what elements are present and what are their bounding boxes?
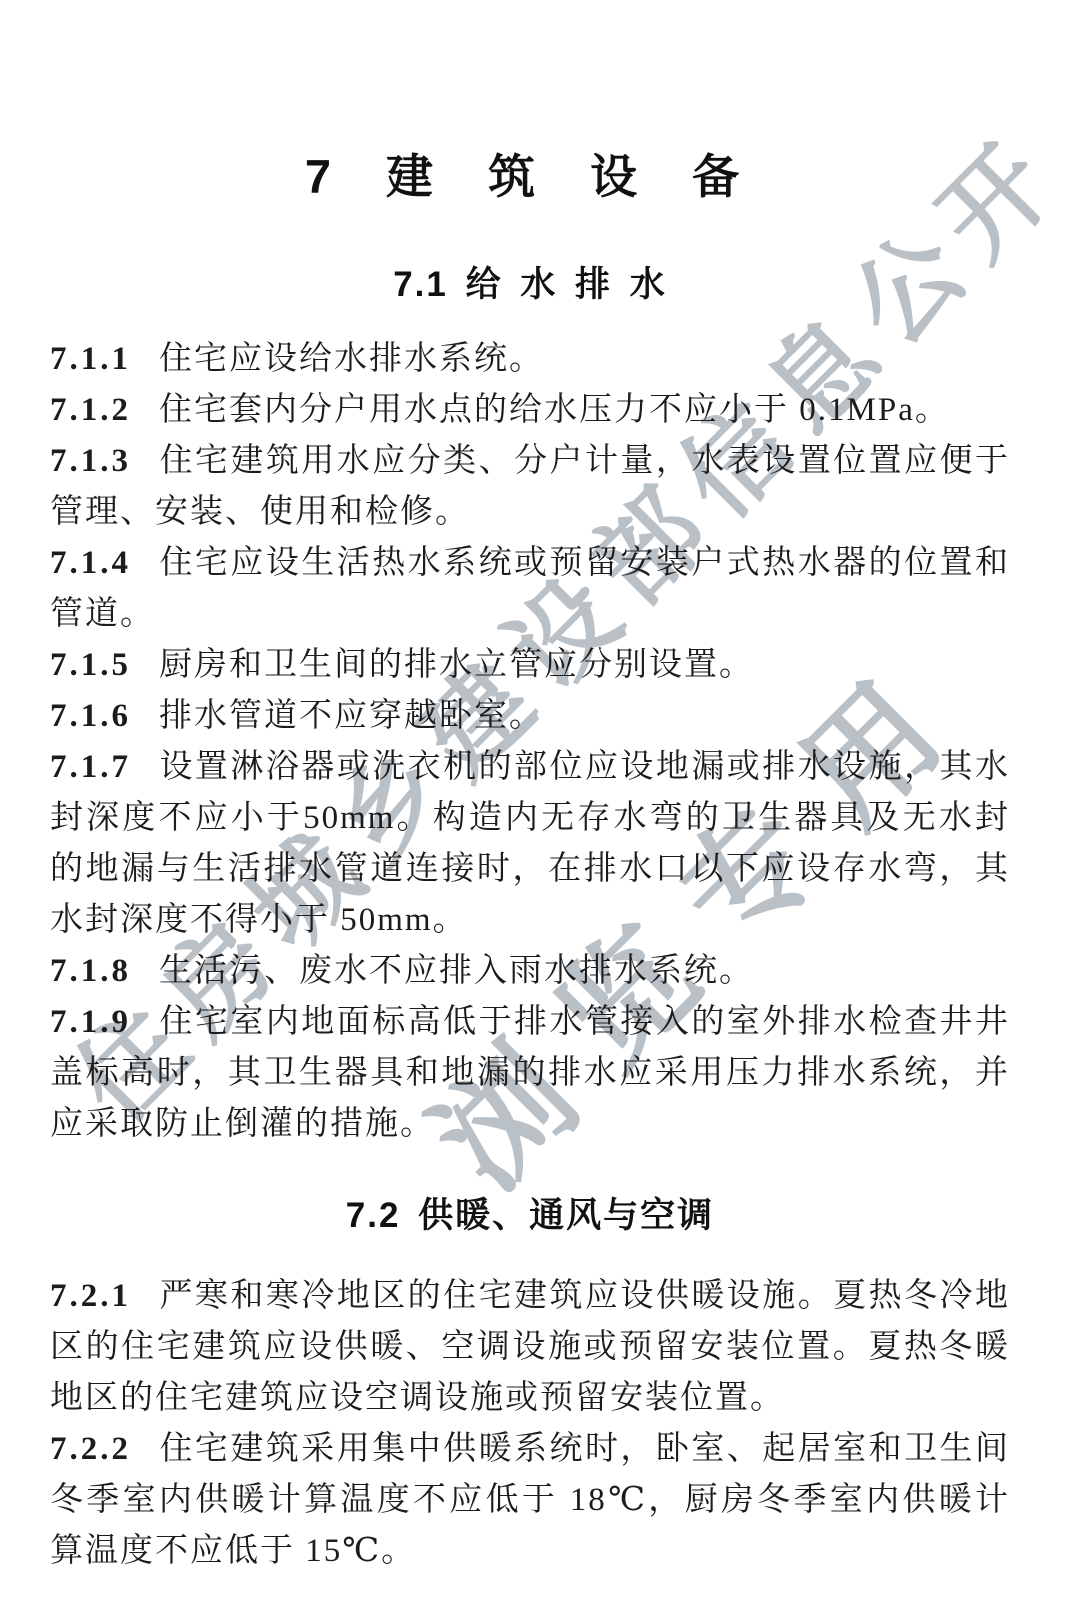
clause-text: 住宅建筑采用集中供暖系统时，卧室、起居室和卫生间冬季室内供暖计算温度不应低于 1… [50,1431,1010,1569]
clause-number: 7.2.1 [50,1278,159,1314]
clause-text: 生活污、废水不应排入雨水排水系统。 [159,953,754,989]
section-title-7-2: 7.2 供暖、通风与空调 [50,1198,1010,1235]
clause-paragraph: 7.1.7设置淋浴器或洗衣机的部位应设地漏或排水设施，其水封深度不应小于50mm… [50,742,1010,946]
clause-text: 住宅套内分户用水点的给水压力不应小于 0.1MPa。 [159,392,950,428]
section-title-7-1: 7.1 给 水 排 水 [50,267,1010,304]
document-content: 7 建 筑 设 备 7.1 给 水 排 水 7.1.1住宅应设给水排水系统。 7… [0,0,1080,1577]
clause-paragraph: 7.1.8生活污、废水不应排入雨水排水系统。 [50,946,1010,997]
clause-paragraph: 7.1.9住宅室内地面标高低于排水管接入的室外排水检查井井盖标高时，其卫生器具和… [50,997,1010,1150]
clause-paragraph: 7.1.1住宅应设给水排水系统。 [50,334,1010,385]
clause-number: 7.1.4 [50,545,159,581]
clause-text: 排水管道不应穿越卧室。 [159,698,544,734]
clause-text: 设置淋浴器或洗衣机的部位应设地漏或排水设施，其水封深度不应小于50mm。构造内无… [50,749,1010,938]
clause-paragraph: 7.2.1严寒和寒冷地区的住宅建筑应设供暖设施。夏热冬冷地区的住宅建筑应设供暖、… [50,1271,1010,1424]
clause-paragraph: 7.1.5厨房和卫生间的排水立管应分别设置。 [50,640,1010,691]
clause-paragraph: 7.1.2住宅套内分户用水点的给水压力不应小于 0.1MPa。 [50,385,1010,436]
clause-number: 7.1.3 [50,443,159,479]
clause-number: 7.2.2 [50,1431,159,1467]
clause-number: 7.1.7 [50,749,159,785]
document-page: 住房城乡建设部信息公开 浏览专用 7 建 筑 设 备 7.1 给 水 排 水 7… [0,0,1080,1620]
clause-paragraph: 7.1.4住宅应设生活热水系统或预留安装户式热水器的位置和管道。 [50,538,1010,640]
chapter-title: 7 建 筑 设 备 [50,152,1010,201]
clause-text: 厨房和卫生间的排水立管应分别设置。 [159,647,754,683]
clause-number: 7.1.6 [50,698,159,734]
clause-text: 严寒和寒冷地区的住宅建筑应设供暖设施。夏热冬冷地区的住宅建筑应设供暖、空调设施或… [50,1278,1010,1416]
clause-text: 住宅建筑用水应分类、分户计量，水表设置位置应便于管理、安装、使用和检修。 [50,443,1010,530]
clause-number: 7.1.1 [50,341,159,377]
clause-text: 住宅应设生活热水系统或预留安装户式热水器的位置和管道。 [50,545,1010,632]
clause-number: 7.1.9 [50,1004,159,1040]
clause-number: 7.1.8 [50,953,159,989]
clause-paragraph: 7.1.6排水管道不应穿越卧室。 [50,691,1010,742]
clause-text: 住宅应设给水排水系统。 [159,341,544,377]
clause-number: 7.1.5 [50,647,159,683]
clause-paragraph: 7.1.3住宅建筑用水应分类、分户计量，水表设置位置应便于管理、安装、使用和检修… [50,436,1010,538]
clause-text: 住宅室内地面标高低于排水管接入的室外排水检查井井盖标高时，其卫生器具和地漏的排水… [50,1004,1010,1142]
clause-paragraph: 7.2.2住宅建筑采用集中供暖系统时，卧室、起居室和卫生间冬季室内供暖计算温度不… [50,1424,1010,1577]
clause-number: 7.1.2 [50,392,159,428]
